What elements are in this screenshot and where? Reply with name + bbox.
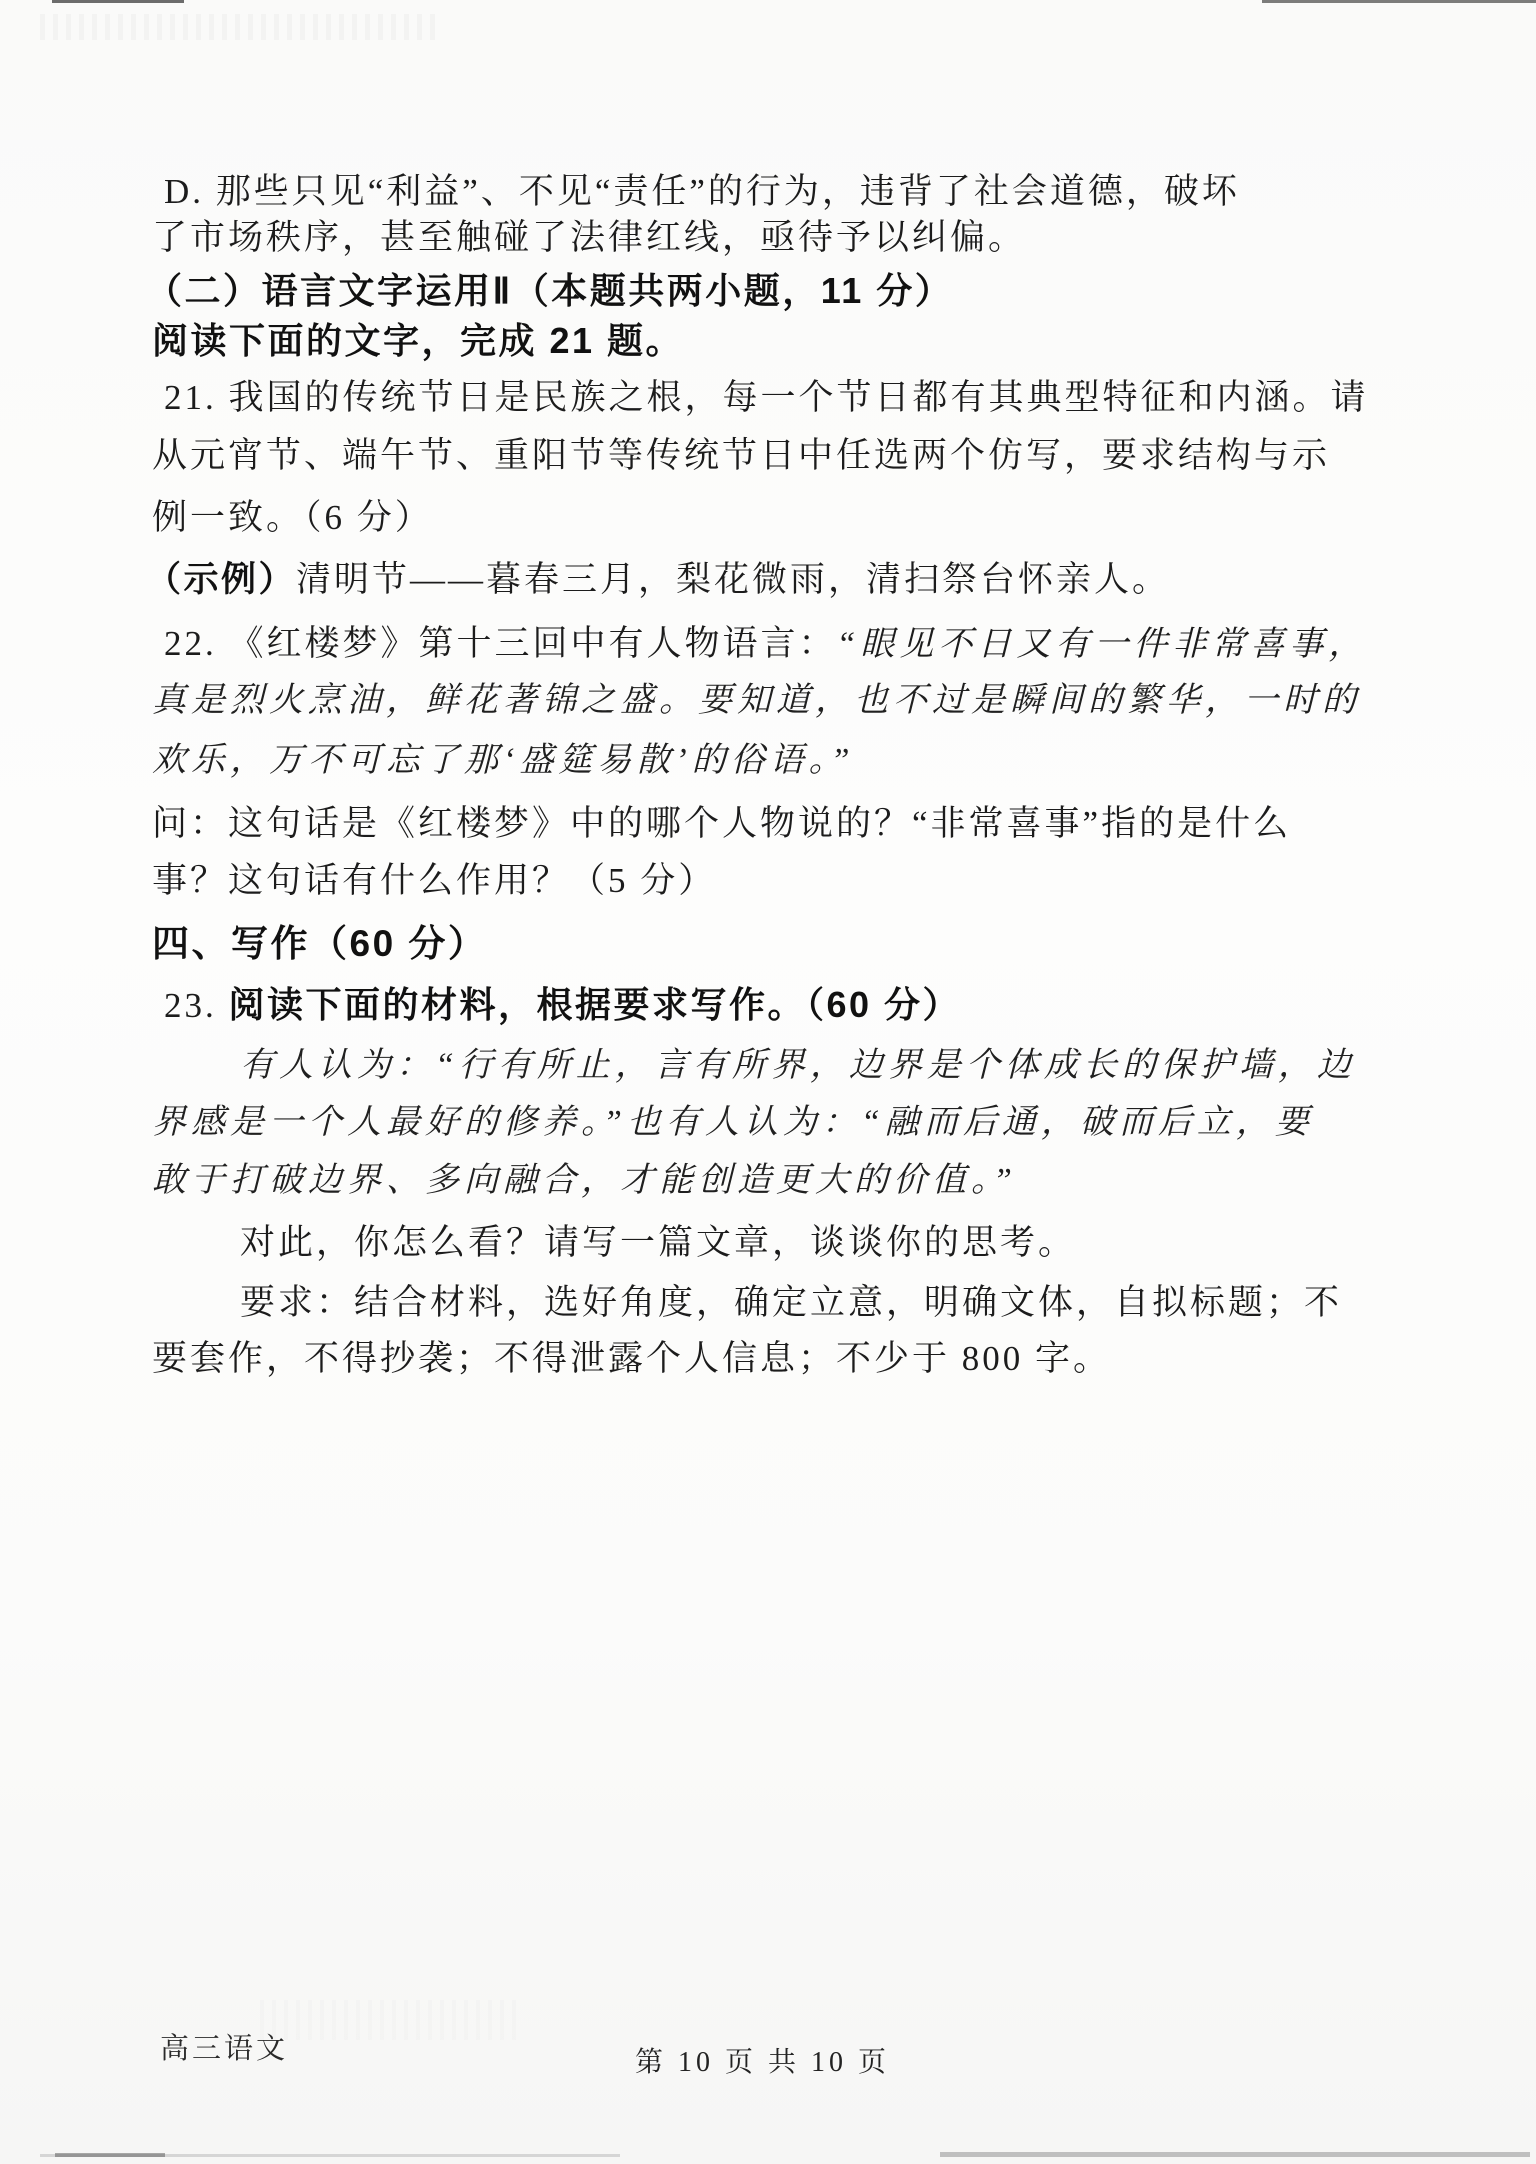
question-21-text-1: 21. 我国的传统节日是民族之根，每一个节日都有其典型特征和内涵。请 — [164, 378, 1369, 417]
question-22-line-1: 22. 《红楼梦》第十三回中有人物语言：“眼见不日又有一件非常喜事， — [164, 624, 1367, 664]
essay-requirements-text-2: 要套作，不得抄袭；不得泄露个人信息；不少于 800 字。 — [152, 1339, 1111, 1378]
exam-page: D. 那些只见“利益”、不见“责任”的行为，违背了社会道德，破坏 了市场秩序，甚… — [0, 0, 1536, 2164]
reading-instruction: 阅读下面的文字，完成 21 题。 — [152, 320, 684, 361]
footer-page-number: 第 10 页 共 10 页 — [635, 2040, 890, 2080]
example-text: 清明节——暮春三月，梨花微雨，清扫祭台怀亲人。 — [296, 560, 1170, 599]
question-21-line-3: 例一致。（6 分） — [152, 498, 433, 538]
essay-material-line-2: 界感是一个人最好的修养。”也有人认为：“融而后通，破而后立，要 — [152, 1103, 1314, 1142]
essay-material-text-3: 敢于打破边界、多向融合，才能创造更大的价值。” — [152, 1162, 1017, 1199]
footer-course-label: 高三语文 — [160, 2026, 288, 2067]
section-4-heading-text: 四、写作（60 分） — [152, 923, 487, 964]
essay-material-text-2: 界感是一个人最好的修养。”也有人认为：“融而后通，破而后立，要 — [152, 1104, 1314, 1141]
essay-requirements-line-2: 要套作，不得抄袭；不得泄露个人信息；不少于 800 字。 — [152, 1339, 1111, 1379]
question-22-intro: 22. 《红楼梦》第十三回中有人物语言： — [164, 624, 837, 663]
essay-material-line-1: 有人认为：“行有所止，言有所界，边界是个体成长的保护墙，边 — [240, 1046, 1356, 1085]
scan-edge-bottom-right — [940, 2152, 1530, 2157]
option-d-line-2: 了市场秩序，甚至触碰了法律红线，亟待予以纠偏。 — [152, 218, 1026, 258]
section-4-heading: 四、写作（60 分） — [152, 923, 487, 966]
question-22-ask-text-1: 问：这句话是《红楼梦》中的哪个人物说的？“非常喜事”指的是什么 — [152, 804, 1291, 843]
question-21-line-2: 从元宵节、端午节、重阳节等传统节日中任选两个仿写，要求结构与示 — [152, 436, 1330, 476]
question-22-ask-text-2: 事？这句话有什么作用？（5 分） — [152, 861, 716, 900]
question-22-quote-end: 欢乐，万不可忘了那‘盛筵易散’的俗语。” — [152, 742, 855, 779]
essay-material-text-1: 有人认为：“行有所止，言有所界，边界是个体成长的保护墙，边 — [240, 1047, 1356, 1084]
question-21-text-2: 从元宵节、端午节、重阳节等传统节日中任选两个仿写，要求结构与示 — [152, 436, 1330, 475]
question-22-line-3: 欢乐，万不可忘了那‘盛筵易散’的俗语。” — [152, 741, 855, 780]
scan-smudge-bottom — [260, 2000, 520, 2040]
essay-requirements-line-1: 要求：结合材料，选好角度，确定立意，明确文体，自拟标题；不 — [240, 1283, 1342, 1323]
question-21-line-1: 21. 我国的传统节日是民族之根，每一个节日都有其典型特征和内涵。请 — [164, 378, 1369, 418]
essay-requirements-text-1: 要求：结合材料，选好角度，确定立意，明确文体，自拟标题；不 — [240, 1283, 1342, 1322]
footer-course-text: 高三语文 — [160, 2033, 288, 2065]
scan-edge-top-right — [1262, 0, 1536, 3]
footer-page-text: 第 10 页 共 10 页 — [635, 2047, 890, 2078]
question-22-ask-line-2: 事？这句话有什么作用？（5 分） — [152, 861, 716, 901]
scan-smudge-top — [40, 14, 440, 40]
question-22-line-2: 真是烈火烹油，鲜花著锦之盛。要知道，也不过是瞬间的繁华，一时的 — [152, 681, 1361, 720]
essay-material-line-3: 敢于打破边界、多向融合，才能创造更大的价值。” — [152, 1161, 1017, 1200]
essay-prompt-text: 对此，你怎么看？请写一篇文章，谈谈你的思考。 — [240, 1223, 1076, 1262]
example-line: （示例）清明节——暮春三月，梨花微雨，清扫祭台怀亲人。 — [146, 560, 1170, 600]
question-22-quote-start: “眼见不日又有一件非常喜事， — [837, 626, 1368, 663]
scan-edge-bottom-dash — [55, 2153, 165, 2157]
scan-edge-bottom-left — [40, 2154, 620, 2157]
question-23-heading: 23. 阅读下面的材料，根据要求写作。（60 分） — [164, 984, 961, 1026]
scan-edge-top-left — [52, 0, 184, 3]
section-2-heading-text: （二）语言文字运用Ⅱ（本题共两小题，11 分） — [146, 270, 953, 311]
example-label: （示例） — [146, 560, 296, 599]
option-d-text-1: D. 那些只见“利益”、不见“责任”的行为，违背了社会道德，破坏 — [164, 172, 1240, 211]
question-23-number: 23. — [164, 986, 229, 1025]
reading-instruction-text: 阅读下面的文字，完成 21 题。 — [152, 320, 684, 361]
option-d-text-2: 了市场秩序，甚至触碰了法律红线，亟待予以纠偏。 — [152, 218, 1026, 257]
option-d-line-1: D. 那些只见“利益”、不见“责任”的行为，违背了社会道德，破坏 — [164, 172, 1240, 212]
section-2-heading: （二）语言文字运用Ⅱ（本题共两小题，11 分） — [146, 270, 953, 311]
question-22-ask-line-1: 问：这句话是《红楼梦》中的哪个人物说的？“非常喜事”指的是什么 — [152, 804, 1291, 844]
question-22-quote-mid: 真是烈火烹油，鲜花著锦之盛。要知道，也不过是瞬间的繁华，一时的 — [152, 682, 1361, 719]
question-21-text-3: 例一致。（6 分） — [152, 498, 433, 537]
question-23-heading-text: 阅读下面的材料，根据要求写作。（60 分） — [229, 984, 962, 1025]
essay-prompt-line: 对此，你怎么看？请写一篇文章，谈谈你的思考。 — [240, 1223, 1076, 1263]
